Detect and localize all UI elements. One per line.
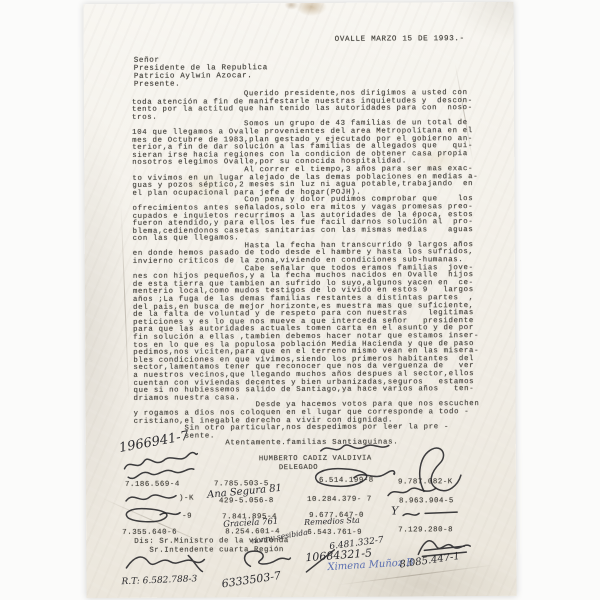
signature-scribble bbox=[304, 548, 336, 574]
rut-number: )-K bbox=[179, 495, 194, 503]
signature-scribble bbox=[401, 508, 459, 518]
date-line: OVALLE MARZO 15 DE 1993.- bbox=[335, 35, 465, 44]
signature-scribble bbox=[386, 484, 438, 499]
letter-paper: OVALLE MARZO 15 DE 1993.- Señor Presiden… bbox=[83, 2, 516, 598]
scanned-letter-page: OVALLE MARZO 15 DE 1993.- Señor Presiden… bbox=[0, 0, 600, 600]
delegate-name: HUMBERTO CADIZ VALDIVIA bbox=[259, 455, 372, 464]
handwritten-mark: Y bbox=[391, 504, 398, 517]
rut-number: 7.186.569-4 bbox=[125, 481, 180, 489]
rut-number: 7.129.280-8 bbox=[398, 526, 453, 534]
signature-scribble bbox=[319, 441, 391, 455]
handwritten-number: 6333503-7 bbox=[221, 569, 282, 590]
rut-number: -9 bbox=[182, 513, 192, 521]
recipient-line-4: Presente. bbox=[134, 81, 268, 90]
signature-scribble bbox=[124, 551, 206, 573]
recipient-block: Señor Presidente de la Republica Patrici… bbox=[134, 57, 268, 89]
handwritten-name: Remedios Sta bbox=[304, 516, 360, 527]
letter-body: Querido presidente,nos dirigimos a usted… bbox=[132, 90, 494, 449]
signature-scribble bbox=[124, 491, 180, 505]
signature-scribble bbox=[308, 466, 396, 490]
signature-scribble bbox=[414, 534, 472, 560]
signature-scribble bbox=[236, 548, 292, 570]
rut-number: 6.543.761-9 bbox=[307, 529, 362, 537]
signature-scribble bbox=[120, 506, 182, 523]
rut-number: 10.284.379- 7 bbox=[307, 496, 372, 504]
handwritten-number: R.T: 6.582.788-3 bbox=[121, 574, 197, 587]
rut-number: 7.355.640-6 bbox=[122, 529, 177, 537]
